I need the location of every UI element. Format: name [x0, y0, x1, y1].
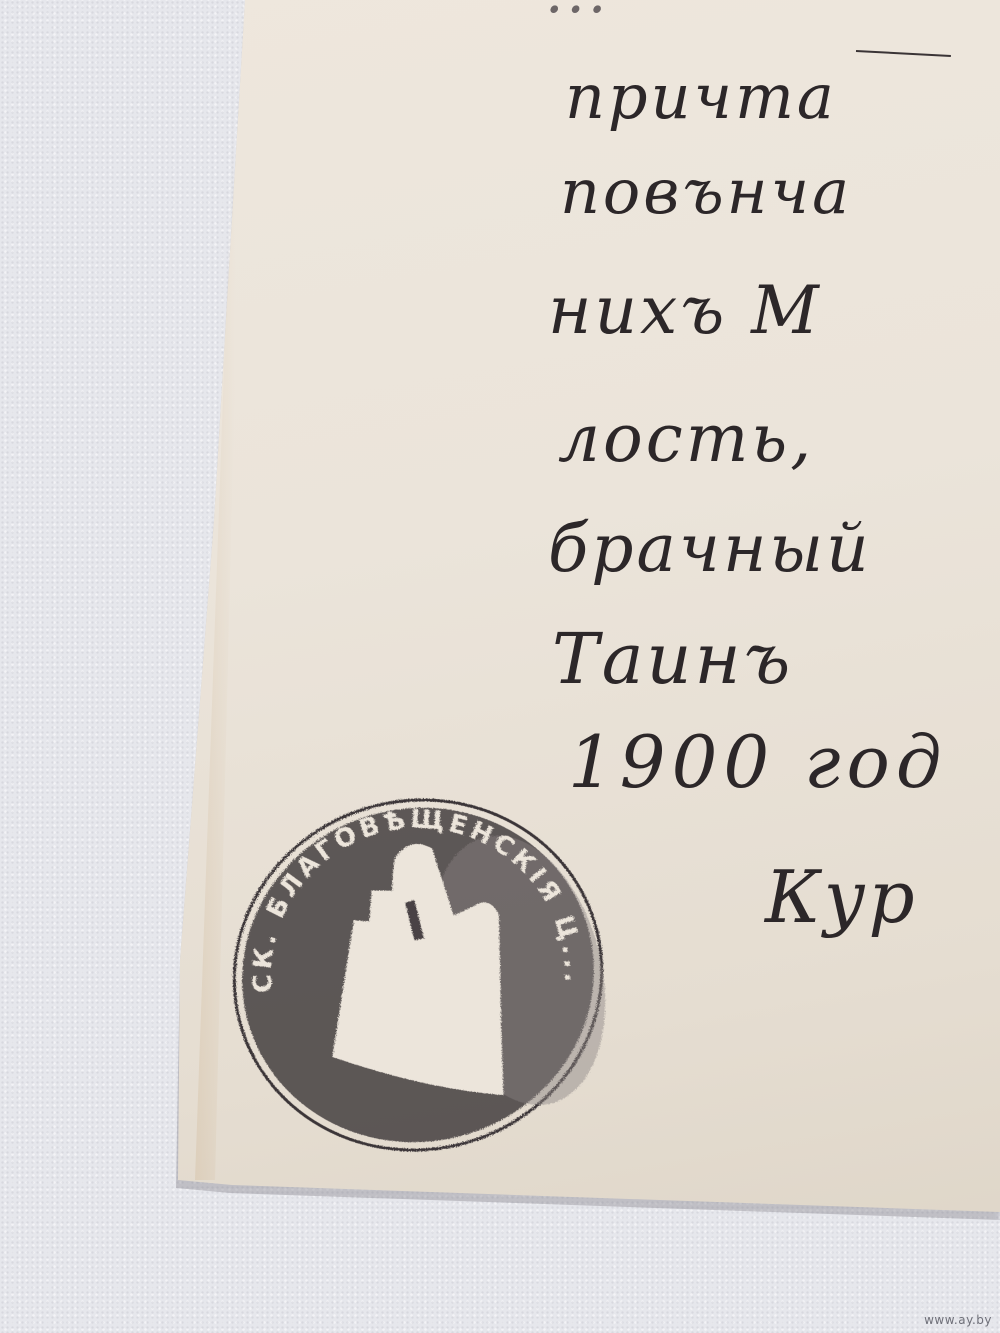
handwriting-line-6: Таинъ	[552, 618, 793, 700]
watermark: www.ay.by	[924, 1313, 992, 1327]
handwriting-line-1: причта	[565, 60, 837, 133]
handwriting-line-3: нихъ М	[548, 272, 822, 349]
handwriting-line-0: ...	[545, 0, 609, 26]
handwriting-line-8-signature: Кур	[765, 855, 918, 939]
handwriting-line-4: лость,	[558, 400, 814, 477]
handwriting-line-7-year: 1900 год	[568, 720, 948, 804]
handwriting-line-2: повънча	[560, 155, 852, 228]
handwriting-line-5: брачный	[548, 510, 872, 587]
